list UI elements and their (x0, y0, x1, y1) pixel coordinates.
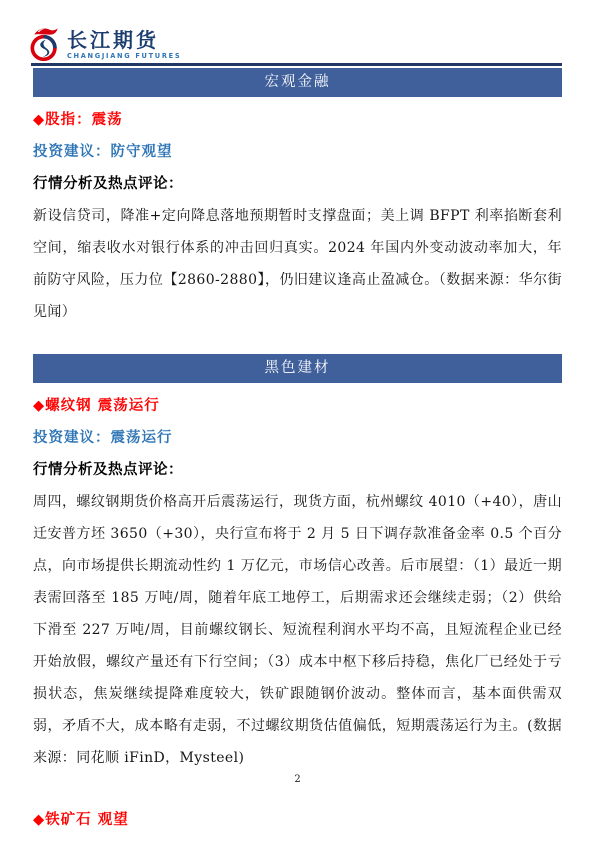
brand-header: 长江期货 CHANGJIANG FUTURES (27, 26, 181, 63)
advice-line-rebar: 投资建议：震荡运行 (33, 422, 562, 454)
section-title-bar-macro: 宏观金融 (33, 68, 562, 97)
changjiang-futures-logo-icon (27, 26, 62, 63)
section-macro-finance: 宏观金融 ◆股指：震荡 投资建议：防守观望 行情分析及热点评论： 新设信贷司，降… (33, 68, 562, 328)
report-page: 长江期货 CHANGJIANG FUTURES 宏观金融 ◆股指：震荡 投资建议… (0, 0, 595, 841)
page-number: 2 (0, 774, 595, 785)
analysis-body-macro: 新设信贷司，降准+定向降息落地预期暂时支撑盘面；美上调 BFPT 利率掐断套利空… (33, 200, 562, 328)
analysis-heading-rebar: 行情分析及热点评论： (33, 454, 562, 486)
signal-line-rebar: ◆螺纹钢 震荡运行 (33, 390, 562, 422)
signal-line-stock-index: ◆股指：震荡 (33, 104, 562, 136)
brand-text: 长江期货 CHANGJIANG FUTURES (67, 26, 181, 60)
section-black-materials: 黑色建材 ◆螺纹钢 震荡运行 投资建议：震荡运行 行情分析及热点评论： 周四，螺… (33, 354, 562, 836)
analysis-body-rebar: 周四，螺纹钢期货价格高开后震荡运行，现货方面，杭州螺纹 4010（+40），唐山… (33, 486, 562, 774)
advice-line-macro: 投资建议：防守观望 (33, 136, 562, 168)
analysis-heading-macro: 行情分析及热点评论： (33, 168, 562, 200)
header-divider (31, 63, 562, 66)
brand-name-cn: 长江期货 (67, 29, 181, 51)
signal-line-iron-ore: ◆铁矿石 观望 (33, 804, 562, 836)
report-content: 宏观金融 ◆股指：震荡 投资建议：防守观望 行情分析及热点评论： 新设信贷司，降… (33, 68, 562, 836)
brand-name-en: CHANGJIANG FUTURES (67, 52, 181, 60)
section-title-bar-black: 黑色建材 (33, 354, 562, 383)
